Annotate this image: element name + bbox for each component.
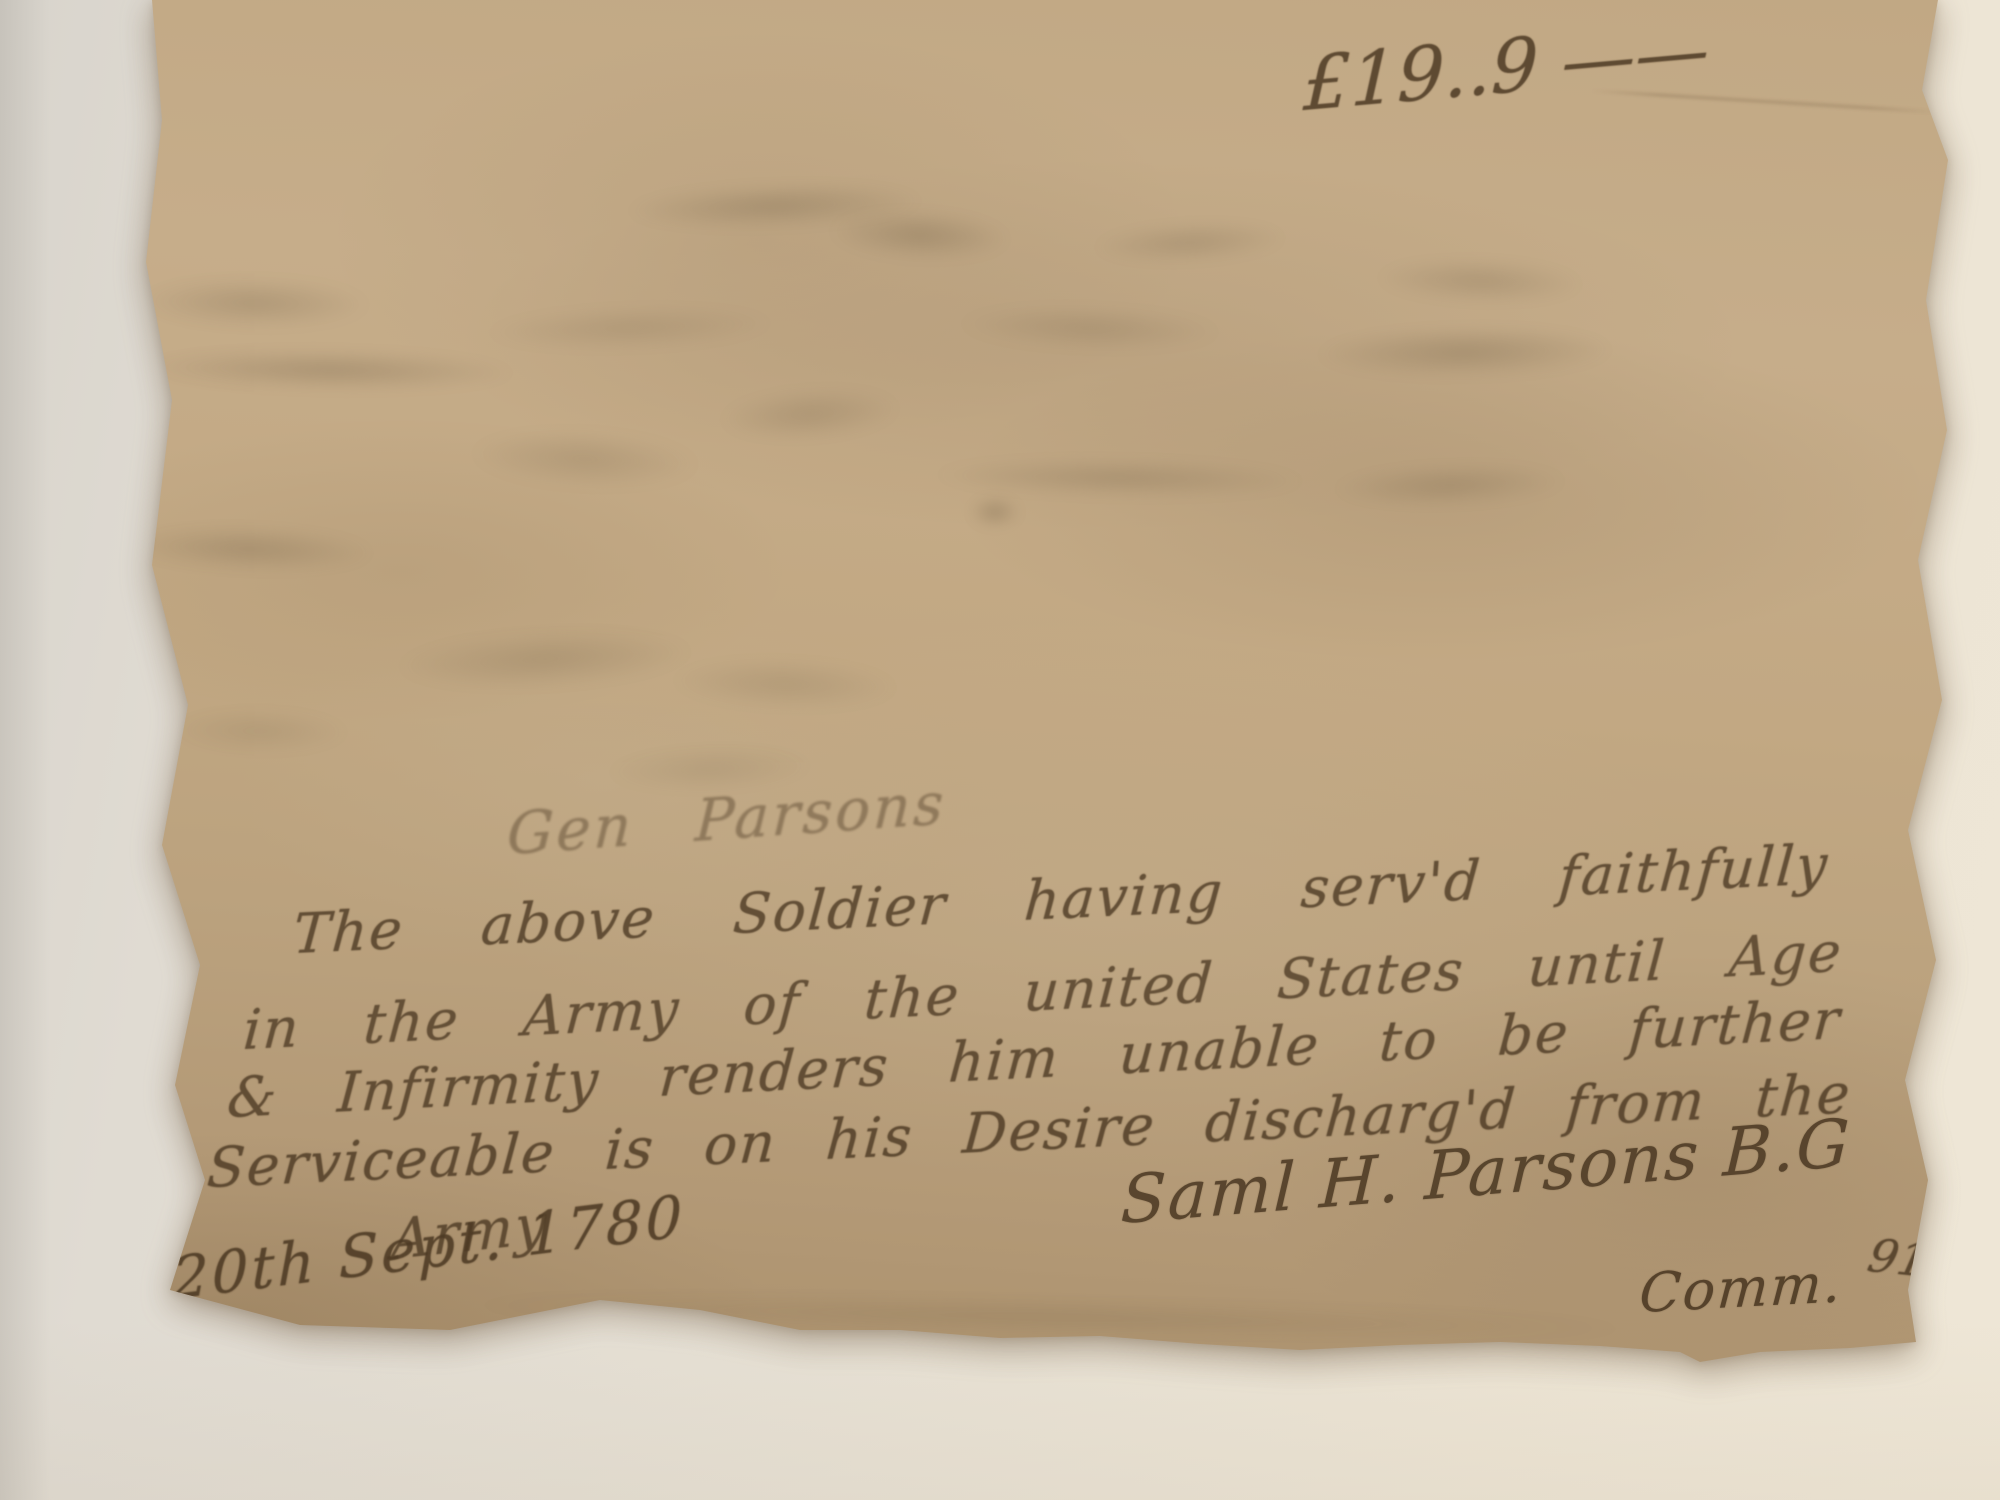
docket-amount-text: £19..9 —— xyxy=(1302,6,1710,128)
docket-amount: £19..9 —— xyxy=(1300,7,1713,128)
addressee-text: Gen Parsons xyxy=(506,769,948,868)
signature-title: Comm. xyxy=(1638,1251,1844,1325)
addressee-line: Gen Parsons xyxy=(505,769,949,868)
manuscript-paper: £19..9 —— Gen Parsons The above Soldier … xyxy=(0,0,2000,1500)
photo-of-document: £19..9 —— Gen Parsons The above Soldier … xyxy=(0,0,2000,1500)
date-line: 20th Sept. 1780 xyxy=(168,1182,689,1312)
signature-mark: 91 xyxy=(1866,1228,1930,1288)
signature-title-text: Comm. xyxy=(1637,1251,1845,1325)
paper-shadow: £19..9 —— Gen Parsons The above Soldier … xyxy=(0,0,2000,1500)
date-text: 20th Sept. 1780 xyxy=(172,1182,685,1314)
